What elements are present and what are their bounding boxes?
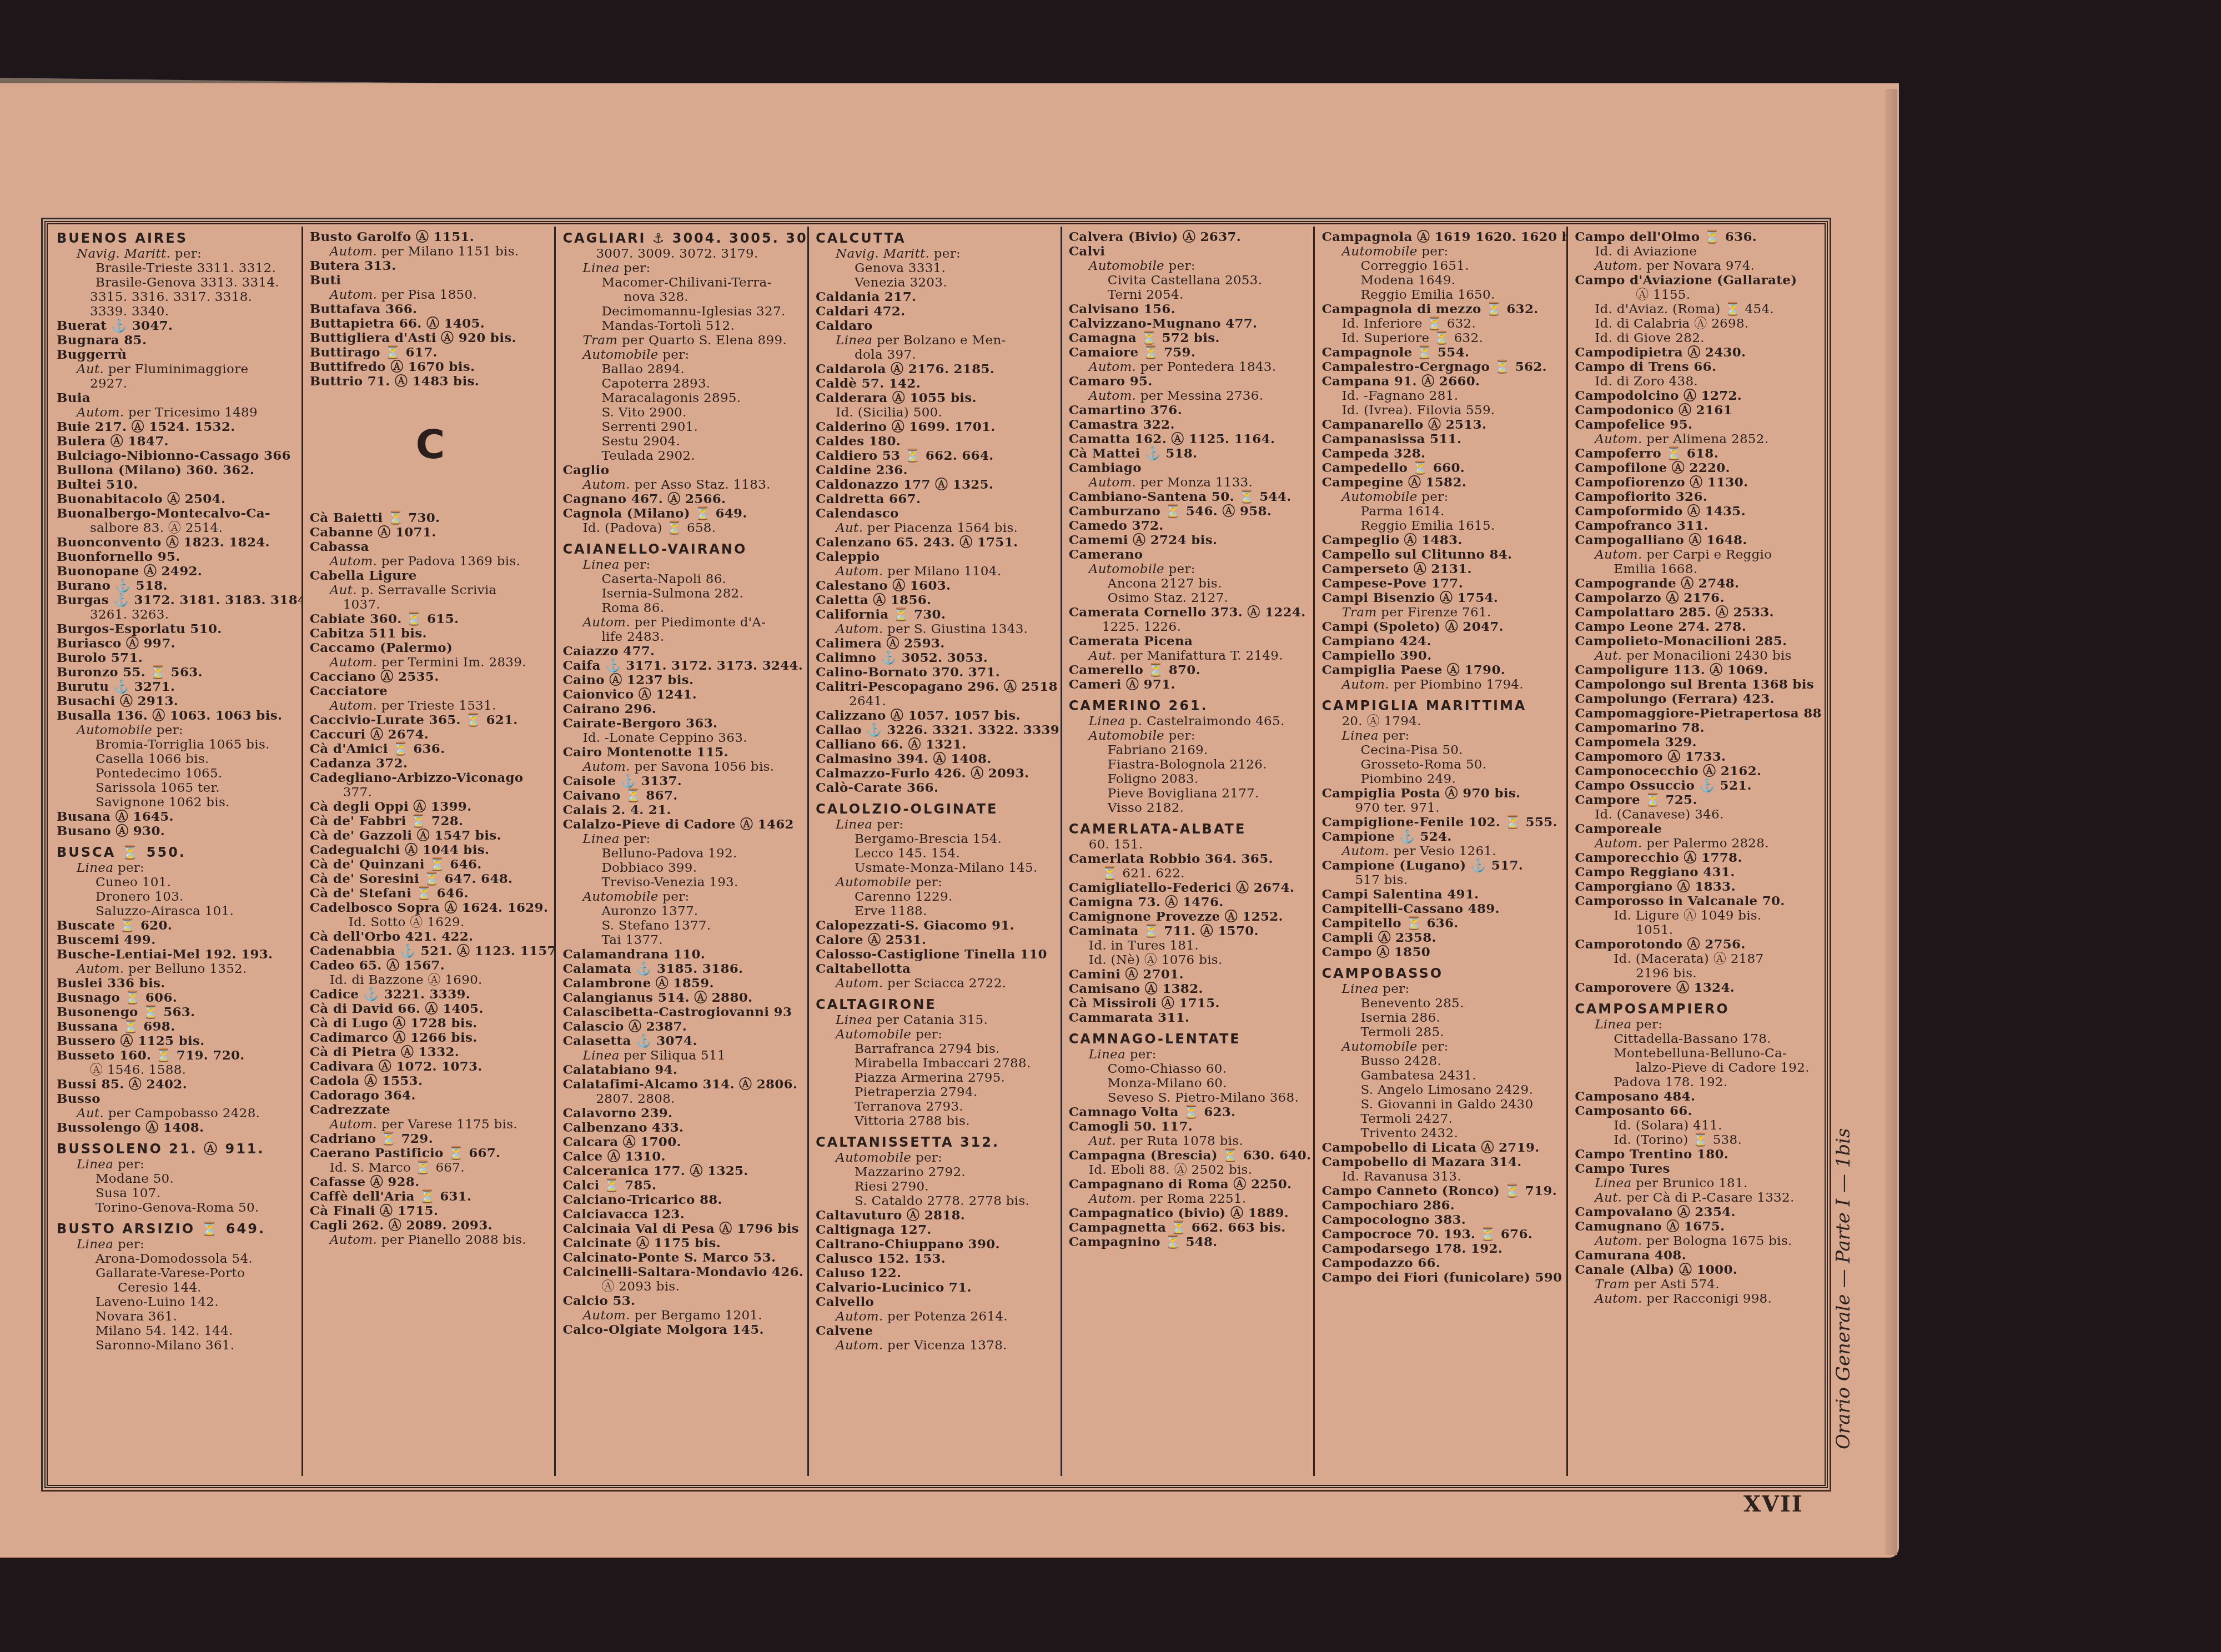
route-destination: Emilia 1668. bbox=[1575, 562, 1818, 576]
index-entry: Busseto 160. ⏳ 719. 720. bbox=[57, 1048, 298, 1063]
column-2-main: Cà Baietti ⏳ 730.Cabanne Ⓐ 1071.CabassaA… bbox=[310, 511, 551, 1247]
index-entry: Calambrone Ⓐ 1859. bbox=[562, 976, 804, 991]
index-entry: Buggerrù bbox=[57, 348, 298, 362]
transport-type-label: Aut. bbox=[836, 521, 863, 535]
index-entry: Bussi 85. Ⓐ 2402. bbox=[57, 1077, 298, 1092]
transport-type-label: Automobile bbox=[836, 1151, 911, 1165]
index-entry: Caminata ⏳ 711. Ⓐ 1570. bbox=[1069, 924, 1310, 938]
index-entry: Calco-Olgiate Molgora 145. bbox=[562, 1323, 804, 1337]
route-destination: Genova 3331. bbox=[816, 261, 1057, 275]
route-destination: Montebelluna-Belluno-Ca- bbox=[1575, 1046, 1818, 1061]
route-line: Aut. per Ruta 1078 bis. bbox=[1069, 1134, 1310, 1148]
index-entry: Campitelli-Cassano 489. bbox=[1321, 902, 1563, 916]
transport-type-label: Autom. bbox=[330, 655, 377, 670]
route-line: Autom. per Padova 1369 bis. bbox=[310, 554, 551, 569]
transport-type-label: Linea bbox=[836, 1013, 872, 1027]
index-entry: Calce Ⓐ 1310. bbox=[562, 1149, 804, 1164]
route-destination: Treviso-Venezia 193. bbox=[562, 875, 804, 890]
route-destination: Barrafranca 2794 bis. bbox=[816, 1042, 1057, 1056]
transport-type-label: Automobile bbox=[582, 890, 658, 904]
route-line: Id. d'Aviaz. (Roma) ⏳ 454. bbox=[1575, 302, 1818, 317]
index-entry: Cadriano ⏳ 729. bbox=[310, 1132, 551, 1146]
index-entry: Cà dell'Orbo 421. 422. bbox=[310, 930, 551, 944]
index-entry: Calatafimi-Alcamo 314. Ⓐ 2806. bbox=[562, 1077, 804, 1092]
section-heading: CAGLIARI ⚓ 3004. 3005. 3006. bbox=[562, 230, 804, 247]
index-entry: Campanarello Ⓐ 2513. bbox=[1321, 418, 1563, 432]
index-entry: Calimera Ⓐ 2593. bbox=[816, 636, 1057, 651]
index-entry: Buttifredo Ⓐ 1670 bis. bbox=[310, 360, 551, 374]
route-destination: dola 397. bbox=[816, 348, 1057, 362]
route-line: Id. di Zoro 438. bbox=[1575, 374, 1818, 389]
index-entry: Calcio 53. bbox=[562, 1294, 804, 1308]
index-entry: Campedello ⏳ 660. bbox=[1321, 461, 1563, 475]
route-line: Autom. per Palermo 2828. bbox=[1575, 836, 1818, 851]
index-entry: Cadrezzate bbox=[310, 1103, 551, 1117]
transport-type-label: Automobile bbox=[1089, 729, 1164, 743]
route-line: Autom. per Milano 1104. bbox=[816, 564, 1057, 579]
transport-type-label: Automobile bbox=[1089, 562, 1164, 576]
route-line: 20. Ⓐ 1794. bbox=[1321, 714, 1563, 729]
route-destination: Serrenti 2901. bbox=[562, 420, 804, 434]
index-entry: Cabiate 360. ⏳ 615. bbox=[310, 612, 551, 626]
index-entry: Camini Ⓐ 2701. bbox=[1069, 967, 1310, 982]
index-entry: Campitello ⏳ 636. bbox=[1321, 916, 1563, 931]
index-entry: Camporeale bbox=[1575, 822, 1818, 836]
route-destination: Isernia-Sulmona 282. bbox=[562, 586, 804, 601]
transport-type-label: Autom. bbox=[582, 615, 630, 630]
index-entry: Cadegualchi Ⓐ 1044 bis. bbox=[310, 843, 551, 857]
transport-type-label: Linea bbox=[77, 1157, 113, 1172]
route-destination: Fiastra-Bolognola 2126. bbox=[1069, 757, 1310, 772]
route-destination: Modena 1649. bbox=[1321, 273, 1563, 288]
route-destination: Saluzzo-Airasca 101. bbox=[57, 904, 298, 918]
route-line: Navig. Maritt. per: bbox=[816, 247, 1057, 261]
index-entry: Busano Ⓐ 930. bbox=[57, 824, 298, 838]
index-entry: Caldarola Ⓐ 2176. 2185. bbox=[816, 362, 1057, 376]
index-entry: Camedo 372. bbox=[1069, 519, 1310, 533]
section-heading: CALCUTTA bbox=[816, 230, 1057, 247]
index-entry: Campoferro ⏳ 618. bbox=[1575, 446, 1818, 461]
route-line: Autom. per Piombino 1794. bbox=[1321, 677, 1563, 692]
index-entry: Campomela 329. bbox=[1575, 735, 1818, 750]
index-entry: Cabanne Ⓐ 1071. bbox=[310, 525, 551, 540]
route-line: Automobile per: bbox=[562, 890, 804, 904]
route-destination: Piombino 249. bbox=[1321, 772, 1563, 786]
continuation-line: nova 328. bbox=[562, 290, 804, 304]
column-2: Busto Garolfo Ⓐ 1151.Autom. per Milano 1… bbox=[303, 227, 556, 1476]
route-destination: Macomer-Chilivani-Terra- bbox=[562, 275, 804, 290]
route-line: Autom. per Novara 974. bbox=[1575, 259, 1818, 273]
index-entry: Campodolcino Ⓐ 1272. bbox=[1575, 389, 1818, 403]
index-entry: Camaiore ⏳ 759. bbox=[1069, 345, 1310, 360]
transport-type-label: Autom. bbox=[330, 554, 377, 569]
index-entry: Campoligure 113. Ⓐ 1069. bbox=[1575, 663, 1818, 677]
route-destination: S. Cataldo 2778. 2778 bis. bbox=[816, 1194, 1057, 1208]
route-line: Linea per Siliqua 511 bbox=[562, 1048, 804, 1063]
index-entry: Calusco 152. 153. bbox=[816, 1252, 1057, 1266]
route-destination: Tai 1377. bbox=[562, 933, 804, 947]
index-entry: Calascibetta-Castrogiovanni 93 bbox=[562, 1005, 804, 1020]
route-line: Autom. per Roma 2251. bbox=[1069, 1192, 1310, 1206]
route-line: Linea per: bbox=[1321, 982, 1563, 996]
index-entry: Caldè 57. 142. bbox=[816, 376, 1057, 391]
index-entry: Cadenabbia ⚓ 521. Ⓐ 1123. 1157. bbox=[310, 944, 551, 958]
index-entry: Campo Ⓐ 1850 bbox=[1321, 945, 1563, 960]
index-entry: Campagnino ⏳ 548. bbox=[1069, 1235, 1310, 1249]
route-destination: Venezia 3203. bbox=[816, 275, 1057, 290]
route-line: Linea per Brunico 181. bbox=[1575, 1176, 1818, 1191]
transport-type-label: Autom. bbox=[77, 962, 124, 976]
index-entry: Calopezzati-S. Giacomo 91. bbox=[816, 918, 1057, 933]
continuation-line: 3315. 3316. 3317. 3318. bbox=[57, 290, 298, 304]
transport-type-label: Navig. Maritt. bbox=[77, 247, 170, 261]
route-destination: Fabriano 2169. bbox=[1069, 743, 1310, 757]
index-entry: Campiglione-Fenile 102. ⏳ 555. bbox=[1321, 815, 1563, 830]
index-entry: Burano ⚓ 518. bbox=[57, 579, 298, 593]
route-destination: Cecina-Pisa 50. bbox=[1321, 743, 1563, 757]
route-destination: Dronero 103. bbox=[57, 890, 298, 904]
index-entry: Campoformido Ⓐ 1435. bbox=[1575, 504, 1818, 519]
route-line: Aut. per Fluminimaggiore bbox=[57, 362, 298, 376]
index-entry: Buriasco Ⓐ 997. bbox=[57, 636, 298, 651]
continuation-line: 517 bis. bbox=[1321, 873, 1563, 887]
index-entry: Buscemi 499. bbox=[57, 933, 298, 947]
transport-type-label: Tram bbox=[582, 333, 617, 348]
index-entry: Caccamo (Palermo) bbox=[310, 641, 551, 655]
continuation-line: 970 ter. 971. bbox=[1321, 801, 1563, 815]
route-destination: Laveno-Luino 142. bbox=[57, 1295, 298, 1309]
route-destination: Osimo Staz. 2127. bbox=[1069, 591, 1310, 605]
index-entry: Campolattaro 285. Ⓐ 2533. bbox=[1575, 605, 1818, 620]
index-entry: Cacciatore bbox=[310, 684, 551, 699]
index-entry: Cà de' Gazzoli Ⓐ 1547 bis. bbox=[310, 828, 551, 843]
route-destination: Saronno-Milano 361. bbox=[57, 1338, 298, 1353]
index-entry: Calciano-Tricarico 88. bbox=[562, 1193, 804, 1207]
index-entry: Cabitza 511 bis. bbox=[310, 626, 551, 641]
transport-type-label: Automobile bbox=[836, 875, 911, 890]
route-line: Autom. per Pisa 1850. bbox=[310, 288, 551, 302]
index-entry: Buslei 336 bis. bbox=[57, 976, 298, 991]
transport-type-label: Autom. bbox=[1595, 836, 1642, 851]
index-entry: Burolo 571. bbox=[57, 651, 298, 665]
route-destination: Visso 2182. bbox=[1069, 801, 1310, 815]
transport-type-label: Aut. bbox=[1595, 649, 1622, 663]
index-entry: Caldonazzo 177 Ⓐ 1325. bbox=[816, 478, 1057, 492]
route-destination: Correggio 1651. bbox=[1321, 259, 1563, 273]
index-entry: Campobello di Mazara 314. bbox=[1321, 1155, 1563, 1169]
index-entry: Calenzano 65. 243. Ⓐ 1751. bbox=[816, 535, 1057, 550]
index-entry: Callao ⚓ 3226. 3321. 3322. 3339. bbox=[816, 723, 1057, 737]
route-line: Linea per: bbox=[1069, 1047, 1310, 1062]
index-entry: Camagna ⏳ 572 bis. bbox=[1069, 331, 1310, 345]
route-destination: Id. (Macerata) Ⓐ 2187 bbox=[1575, 952, 1818, 966]
index-entry: Calciavacca 123. bbox=[562, 1207, 804, 1222]
index-entry: Calalzo-Pieve di Cadore Ⓐ 1462 bbox=[562, 817, 804, 832]
section-heading: CAIANELLO-VAIRANO bbox=[562, 541, 804, 558]
index-entry: Caldine 236. bbox=[816, 463, 1057, 478]
index-entry: Cà Finali Ⓐ 1715. bbox=[310, 1204, 551, 1218]
index-entry: Caifa ⚓ 3171. 3172. 3173. 3244. bbox=[562, 659, 804, 673]
transport-type-label: Linea bbox=[836, 333, 872, 348]
index-entry: Campiglia Paese Ⓐ 1790. bbox=[1321, 663, 1563, 677]
route-destination: Busso 2428. bbox=[1321, 1054, 1563, 1068]
index-entry: Cadorago 364. bbox=[310, 1088, 551, 1103]
index-entry: Cadola Ⓐ 1553. bbox=[310, 1074, 551, 1088]
continuation-line: 3007. 3009. 3072. 3179. bbox=[562, 247, 804, 261]
index-entry: Calderino Ⓐ 1699. 1701. bbox=[816, 420, 1057, 434]
route-destination: Como-Chiasso 60. bbox=[1069, 1062, 1310, 1076]
index-entry: Campo d'Aviazione (Gallarate) bbox=[1575, 273, 1818, 288]
index-entry: Campagna (Brescia) ⏳ 630. 640. bbox=[1069, 1148, 1310, 1163]
index-entry: Cambiano-Santena 50. ⏳ 544. bbox=[1069, 490, 1310, 504]
route-line: Autom. per Potenza 2614. bbox=[816, 1309, 1057, 1324]
index-entry: Cà Missiroli Ⓐ 1715. bbox=[1069, 996, 1310, 1011]
index-entry: Caiazzo 477. bbox=[562, 644, 804, 659]
route-destination: Benevento 285. bbox=[1321, 996, 1563, 1011]
index-entry: Campo Leone 274. 278. bbox=[1575, 620, 1818, 634]
index-entry: Caldaro bbox=[816, 319, 1057, 333]
route-destination: Brasile-Genova 3313. 3314. bbox=[57, 275, 298, 290]
route-destination: Teulada 2902. bbox=[562, 449, 804, 463]
index-entry: Calavorno 239. bbox=[562, 1106, 804, 1121]
index-entry: Campofiorenzo Ⓐ 1130. bbox=[1575, 475, 1818, 490]
index-entry: Buttrio 71. Ⓐ 1483 bis. bbox=[310, 374, 551, 389]
route-line: Id. (Padova) ⏳ 658. bbox=[562, 521, 804, 535]
route-destination: Mirabella Imbaccari 2788. bbox=[816, 1056, 1057, 1071]
index-entry: Buti bbox=[310, 273, 551, 288]
index-entry: Camerlata Robbio 364. 365. bbox=[1069, 852, 1310, 866]
route-line: Autom. per Monza 1133. bbox=[1069, 475, 1310, 490]
index-entry: Cadanza 372. bbox=[310, 756, 551, 771]
index-entry: Campodazzo 66. bbox=[1321, 1256, 1563, 1271]
transport-type-label: Autom. bbox=[77, 405, 124, 420]
section-heading: CAMERINO 261. bbox=[1069, 697, 1310, 714]
route-destination: Torino-Genova-Roma 50. bbox=[57, 1201, 298, 1215]
index-entry: Calino-Bornato 370. 371. bbox=[816, 665, 1057, 680]
index-entry: Cagnola (Milano) ⏳ 649. bbox=[562, 506, 804, 521]
route-line: Autom. per Bologna 1675 bis. bbox=[1575, 1234, 1818, 1248]
index-entry: Calvello bbox=[816, 1295, 1057, 1309]
index-entry: Camporgiano Ⓐ 1833. bbox=[1575, 880, 1818, 894]
index-entry: Buttapietra 66. Ⓐ 1405. bbox=[310, 317, 551, 331]
section-heading: CAMPIGLIA MARITTIMA bbox=[1321, 697, 1563, 714]
section-heading: CALOLZIO-OLGINATE bbox=[816, 801, 1057, 817]
index-entry: Cagli 262. Ⓐ 2089. 2093. bbox=[310, 1218, 551, 1233]
route-line: Linea per: bbox=[57, 1157, 298, 1172]
index-entry: Busche-Lentiai-Mel 192. 193. bbox=[57, 947, 298, 962]
section-heading: CAMPOBASSO bbox=[1321, 965, 1563, 982]
route-line: Tram per Firenze 761. bbox=[1321, 605, 1563, 620]
route-destination: Pieve Bovigliana 2177. bbox=[1069, 786, 1310, 801]
transport-type-label: Autom. bbox=[330, 699, 377, 713]
index-entry: Bugnara 85. bbox=[57, 333, 298, 348]
continuation-line: ⏳ 621. 622. bbox=[1069, 866, 1310, 881]
route-line: Aut. per Cà di P.-Casare 1332. bbox=[1575, 1191, 1818, 1205]
route-destination: Reggio Emilia 1615. bbox=[1321, 519, 1563, 533]
index-entry: Buttirago ⏳ 617. bbox=[310, 345, 551, 360]
route-line: Id. Ravanusa 313. bbox=[1321, 1169, 1563, 1184]
index-entry: Cà di David 66. Ⓐ 1405. bbox=[310, 1002, 551, 1016]
index-entry: Caionvico Ⓐ 1241. bbox=[562, 687, 804, 702]
route-line: Autom. per S. Giustina 1343. bbox=[816, 622, 1057, 636]
route-destination: Savignone 1062 bis. bbox=[57, 795, 298, 810]
continuation-line: 2927. bbox=[57, 376, 298, 391]
transport-type-label: Linea bbox=[1341, 982, 1378, 996]
route-line: Linea per Catania 315. bbox=[816, 1013, 1057, 1027]
transport-type-label: Linea bbox=[1595, 1176, 1631, 1191]
route-line: Id. Superiore ⏳ 632. bbox=[1321, 331, 1563, 345]
transport-type-label: Linea bbox=[582, 832, 619, 846]
index-entry: Campegine Ⓐ 1582. bbox=[1321, 475, 1563, 490]
index-entry: Campogrande Ⓐ 2748. bbox=[1575, 576, 1818, 591]
route-line: Id. (Ivrea). Filovia 559. bbox=[1321, 403, 1563, 418]
route-line: Automobile per: bbox=[57, 723, 298, 737]
index-entry: Camogli 50. 117. bbox=[1069, 1119, 1310, 1134]
index-entry: Camerello ⏳ 870. bbox=[1069, 663, 1310, 677]
index-entry: Busonengo ⏳ 563. bbox=[57, 1005, 298, 1020]
index-entry: Campo Canneto (Ronco) ⏳ 719. bbox=[1321, 1184, 1563, 1198]
index-entry: Campovalano Ⓐ 2354. bbox=[1575, 1205, 1818, 1219]
index-entry: Buerat ⚓ 3047. bbox=[57, 319, 298, 333]
route-destination: Roma 86. bbox=[562, 601, 804, 615]
route-line: Id. in Tures 181. bbox=[1069, 938, 1310, 953]
transport-type-label: Tram bbox=[1595, 1277, 1630, 1292]
index-entry: Caltignaga 127. bbox=[816, 1223, 1057, 1237]
route-line: Automobile per: bbox=[1321, 1040, 1563, 1054]
route-destination: Belluno-Padova 192. bbox=[562, 846, 804, 861]
route-line: Linea per: bbox=[562, 558, 804, 572]
transport-type-label: Autom. bbox=[582, 1308, 630, 1323]
route-destination: Caserta-Napoli 86. bbox=[562, 572, 804, 586]
route-line: Id. (Canavese) 346. bbox=[1575, 807, 1818, 822]
route-destination: Brasile-Trieste 3311. 3312. bbox=[57, 261, 298, 275]
index-entry: Burutu ⚓ 3271. bbox=[57, 680, 298, 694]
index-entry: Cadivara Ⓐ 1072. 1073. bbox=[310, 1060, 551, 1074]
index-entry: Camporotondo Ⓐ 2756. bbox=[1575, 937, 1818, 952]
index-entry: Burgas ⚓ 3172. 3181. 3183. 3184. bbox=[57, 593, 298, 607]
route-line: Id. Eboli 88. Ⓐ 2502 bis. bbox=[1069, 1163, 1310, 1177]
route-line: Autom. per Tricesimo 1489 bbox=[57, 405, 298, 420]
index-entry: Camperseto Ⓐ 2131. bbox=[1321, 562, 1563, 576]
index-entry: Campofranco 311. bbox=[1575, 519, 1818, 533]
index-entry: Campolongo sul Brenta 1368 bis bbox=[1575, 677, 1818, 692]
index-entry: Calvi bbox=[1069, 244, 1310, 259]
index-entry: Calmazzo-Furlo 426. Ⓐ 2093. bbox=[816, 766, 1057, 781]
index-entry: Cameri Ⓐ 971. bbox=[1069, 677, 1310, 692]
route-destination: Dobbiaco 399. bbox=[562, 861, 804, 875]
index-entry: Camnago Volta ⏳ 623. bbox=[1069, 1105, 1310, 1119]
index-entry: Campofiorito 326. bbox=[1575, 490, 1818, 504]
route-line: Tram per Asti 574. bbox=[1575, 1277, 1818, 1292]
index-entry: Campomarino 78. bbox=[1575, 721, 1818, 735]
transport-type-label: Linea bbox=[582, 1048, 619, 1063]
continuation-line: 1051. bbox=[1575, 923, 1818, 937]
route-destination: Carenno 1229. bbox=[816, 890, 1057, 904]
index-entry: Calcinate Ⓐ 1175 bis. bbox=[562, 1236, 804, 1251]
index-entry: Cambiago bbox=[1069, 461, 1310, 475]
page-number: XVII bbox=[1743, 1491, 1803, 1517]
index-entry: Buronzo 55. ⏳ 563. bbox=[57, 665, 298, 680]
transport-type-label: Autom. bbox=[582, 760, 630, 774]
index-entry: Campli Ⓐ 2358. bbox=[1321, 931, 1563, 945]
route-destination: Id. Ligure Ⓐ 1049 bis. bbox=[1575, 908, 1818, 923]
route-line: Autom. per Vesio 1261. bbox=[1321, 844, 1563, 858]
index-entry: Campolieto-Monacilioni 285. bbox=[1575, 634, 1818, 649]
index-entry: Campiano 424. bbox=[1321, 634, 1563, 649]
index-entry: Caffè dell'Aria ⏳ 631. bbox=[310, 1189, 551, 1204]
index-entry: Camaro 95. bbox=[1069, 374, 1310, 389]
index-entry: Calamandrana 110. bbox=[562, 947, 804, 962]
index-entry: Campolarzo Ⓐ 2176. bbox=[1575, 591, 1818, 605]
transport-type-label: Linea bbox=[1341, 729, 1378, 743]
index-entry: Camugnano Ⓐ 1675. bbox=[1575, 1219, 1818, 1234]
index-entry: Caldiero 53 ⏳ 662. 664. bbox=[816, 449, 1057, 463]
index-entry: Caerano Pastificio ⏳ 667. bbox=[310, 1146, 551, 1161]
section-heading: CAMERLATA-ALBATE bbox=[1069, 821, 1310, 837]
route-line: Automobile per: bbox=[1069, 729, 1310, 743]
transport-type-label: Autom. bbox=[1595, 259, 1642, 273]
transport-type-label: Autom. bbox=[836, 564, 883, 579]
continuation-line: 1225. 1226. bbox=[1069, 620, 1310, 634]
index-entry: Campeglio Ⓐ 1483. bbox=[1321, 533, 1563, 548]
route-line: Tram per Quarto S. Elena 899. bbox=[562, 333, 804, 348]
transport-type-label: Linea bbox=[77, 1237, 113, 1252]
index-entry: Cadeo 65. Ⓐ 1567. bbox=[310, 958, 551, 973]
index-entry: Campore ⏳ 725. bbox=[1575, 793, 1818, 807]
route-destination: Cittadella-Bassano 178. bbox=[1575, 1032, 1818, 1046]
route-line: Linea per: bbox=[57, 861, 298, 875]
index-entry: Calendasco bbox=[816, 506, 1057, 521]
transport-type-label: Autom. bbox=[1089, 475, 1136, 490]
route-destination: Sestu 2904. bbox=[562, 434, 804, 449]
index-entry: Bulciago-Nibionno-Cassago 366 bbox=[57, 449, 298, 463]
route-line: Autom. per Messina 2736. bbox=[1069, 389, 1310, 403]
route-destination: Modane 50. bbox=[57, 1172, 298, 1186]
index-entry: Caldretta 667. bbox=[816, 492, 1057, 506]
index-entry: Buonabitacolo Ⓐ 2504. bbox=[57, 492, 298, 506]
index-entry: California ⏳ 730. bbox=[816, 607, 1057, 622]
section-heading: CALTANISSETTA 312. bbox=[816, 1134, 1057, 1151]
route-line: Automobile per: bbox=[562, 348, 804, 362]
route-destination: Milano 54. 142. 144. bbox=[57, 1324, 298, 1338]
route-line: Linea p. Castelraimondo 465. bbox=[1069, 714, 1310, 729]
index-entry: Cà de' Stefani ⏳ 646. bbox=[310, 886, 551, 901]
transport-type-label: Automobile bbox=[582, 348, 658, 362]
index-entry: Caletta Ⓐ 1856. bbox=[816, 593, 1057, 607]
section-heading: BUSTO ARSIZIO ⏳ 649. bbox=[57, 1221, 298, 1237]
index-entry: Bulera Ⓐ 1847. bbox=[57, 434, 298, 449]
index-entry: Calcinaia Val di Pesa Ⓐ 1796 bis bbox=[562, 1222, 804, 1236]
transport-type-label: Autom. bbox=[1341, 844, 1389, 858]
route-line: Id. di Aviazione bbox=[1575, 244, 1818, 259]
index-entry: Campeda 328. bbox=[1321, 446, 1563, 461]
route-line: Id. (Sicilia) 500. bbox=[816, 405, 1057, 420]
index-entry: Calvario-Lucinico 71. bbox=[816, 1281, 1057, 1295]
route-line: 60. 151. bbox=[1069, 837, 1310, 852]
index-entry: Cà di Lugo Ⓐ 1728 bis. bbox=[310, 1016, 551, 1031]
index-entry: Cagnano 467. Ⓐ 2566. bbox=[562, 492, 804, 506]
transport-type-label: Autom. bbox=[1595, 432, 1642, 446]
route-line: Id. -Fagnano 281. bbox=[1321, 389, 1563, 403]
index-entry: Calitri-Pescopagano 296. Ⓐ 2518 bbox=[816, 680, 1057, 694]
route-line: Autom. per Varese 1175 bis. bbox=[310, 1117, 551, 1132]
index-entry: Campo Trentino 180. bbox=[1575, 1147, 1818, 1162]
index-entry: Campiello 390. bbox=[1321, 649, 1563, 663]
index-entry: Campocologno 383. bbox=[1321, 1213, 1563, 1227]
transport-type-label: Aut. bbox=[1595, 1191, 1622, 1205]
transport-type-label: Linea bbox=[1595, 1017, 1631, 1032]
index-entry: Campello sul Clitunno 84. bbox=[1321, 548, 1563, 562]
